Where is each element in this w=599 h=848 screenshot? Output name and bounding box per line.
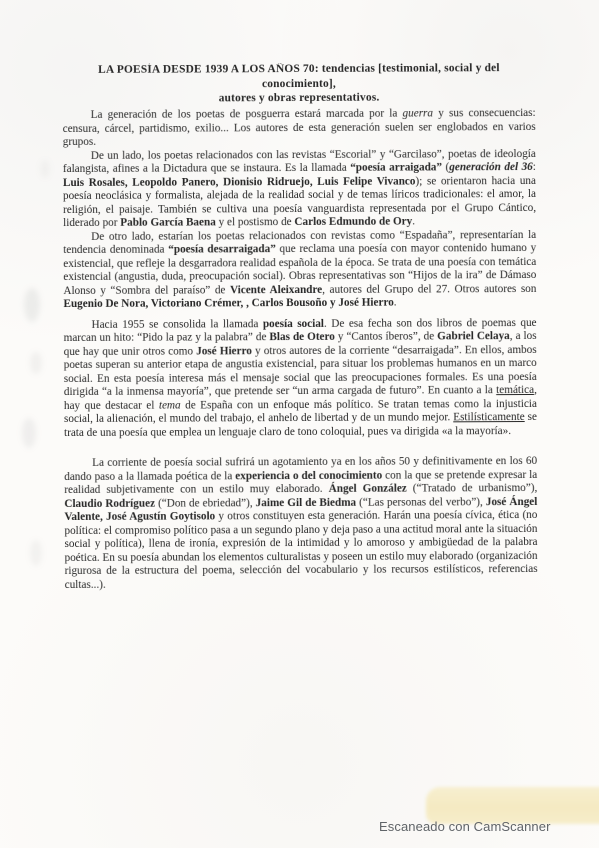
scanned-document-page: LA POESÍA DESDE 1939 A LOS AÑOS 70: tend… <box>0 0 599 848</box>
paragraph-poesia-arraigada: De un lado, los poetas relacionados con … <box>63 147 536 230</box>
document-body: La generación de los poetas de posguerra… <box>63 107 538 592</box>
camscanner-watermark: Escaneado con CamScanner <box>379 819 551 834</box>
document-scan-content: LA POESÍA DESDE 1939 A LOS AÑOS 70: tend… <box>0 0 599 848</box>
paragraph-poesia-desarraigada: De otro lado, estarían los poetas relaci… <box>63 228 536 311</box>
document-title-line1: LA POESÍA DESDE 1939 A LOS AÑOS 70: tend… <box>62 61 535 92</box>
paragraph-generacion-posguerra: La generación de los poetas de posguerra… <box>63 107 536 150</box>
document-title-line2: autores y obras representativos. <box>63 90 536 107</box>
paragraph-poetica-experiencia: La corriente de poesía social sufrirá un… <box>64 455 538 592</box>
paragraph-poesia-social: Hacia 1955 se consolida la llamada poesí… <box>64 316 538 440</box>
document-title: LA POESÍA DESDE 1939 A LOS AÑOS 70: tend… <box>62 61 535 107</box>
